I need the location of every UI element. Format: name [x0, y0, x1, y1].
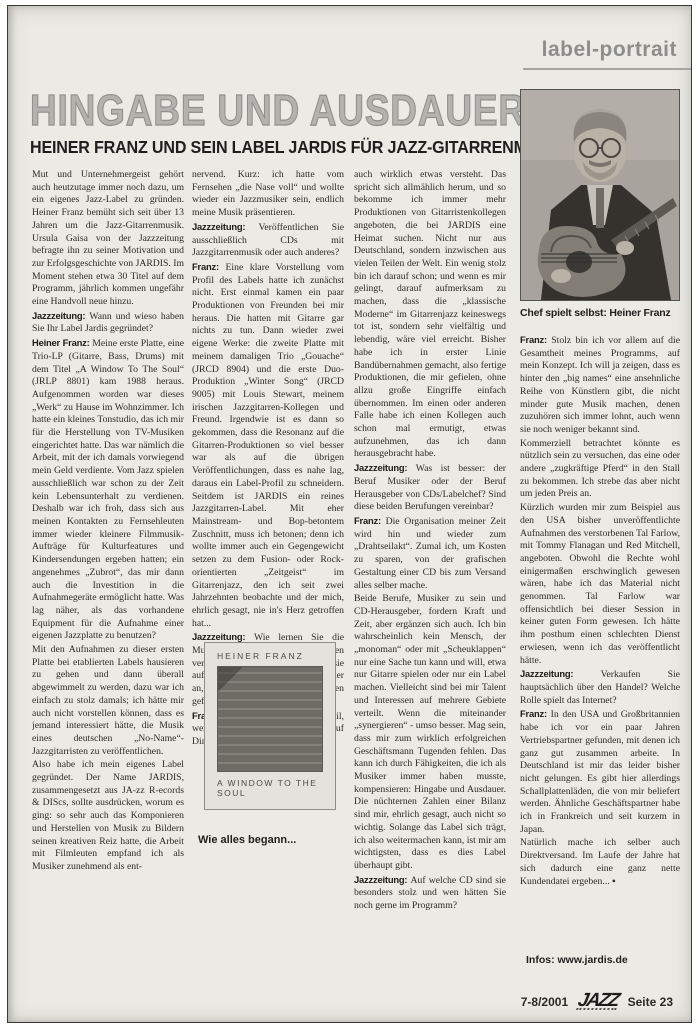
article-paragraph: Mit den Aufnahmen zu dieser ersten Platt… [32, 644, 184, 758]
speaker-label: Heiner Franz: [32, 337, 92, 348]
article-paragraph: Natürlich mache ich selber auch Direktve… [520, 837, 680, 888]
article-paragraph: Heiner Franz: Meine erste Platte, eine T… [32, 337, 184, 643]
speaker-label: Franz: [354, 515, 386, 526]
infos-line: Infos: www.jardis.de [526, 954, 628, 966]
article-paragraph: Jazzzeitung: Auf welche CD sind sie beso… [354, 874, 506, 913]
scanned-magazine-page: label-portrait HINGABE UND AUSDAUER HEIN… [0, 0, 698, 1029]
footer-issue: 7-8/2001 [521, 995, 568, 1009]
article-paragraph: Franz: Eine klare Vorstellung vom Profil… [192, 261, 344, 630]
speaker-label: Jazzzeitung: [354, 874, 410, 885]
speaker-label: Franz: [192, 261, 226, 272]
album-artist: HEINER FRANZ [205, 651, 335, 661]
page-background: label-portrait HINGABE UND AUSDAUER HEIN… [7, 5, 692, 1023]
album-art-image [217, 666, 323, 772]
section-label: label-portrait [542, 38, 677, 62]
speaker-label: Jazzzeitung: [192, 631, 254, 642]
article-paragraph: Also habe ich mein eigenes Label gegründ… [32, 759, 184, 873]
article-column-3: auch wirklich etwas versteht. Das sprich… [354, 169, 506, 1011]
speaker-label: Jazzzeitung: [354, 462, 416, 473]
album-cover: HEINER FRANZ A WINDOW TO THE SOUL [204, 642, 336, 810]
article-paragraph: Jazzzeitung: Wann und wieso haben Sie Ih… [32, 310, 184, 336]
article-column-4: Franz: Stolz bin ich vor allem auf die G… [520, 334, 680, 946]
footer-page-number: Seite 23 [628, 995, 673, 1009]
article-paragraph: Franz: Stolz bin ich vor allem auf die G… [520, 334, 680, 437]
speaker-label: Franz: [520, 708, 551, 719]
section-rule [523, 68, 691, 70]
article-column-1: Mut und Unternehmergeist gehört auch heu… [32, 169, 184, 1011]
article-paragraph: Mut und Unternehmergeist gehört auch heu… [32, 169, 184, 309]
article-paragraph: auch wirklich etwas versteht. Das sprich… [354, 169, 506, 461]
page-footer: 7-8/2001 JAZZ Seite 23 [521, 993, 673, 1010]
speaker-label: Jazzzeitung: [192, 221, 258, 232]
article-paragraph: Jazzzeitung: Was ist besser: der Beruf M… [354, 462, 506, 514]
speaker-label: Franz: [520, 334, 551, 345]
article-paragraph: Kommerziell betrachtet könnte es nützlic… [520, 438, 680, 502]
article-paragraph: Jazzzeitung: Veröffentlichen Sie ausschl… [192, 221, 344, 260]
speaker-label: Jazzzeitung: [32, 310, 89, 321]
album-caption: Wie alles begann... [198, 834, 348, 846]
article-paragraph: nervend. Kurz: ich hatte vom Fernsehen „… [192, 169, 344, 220]
article-paragraph: Franz: Die Organisation meiner Zeit wird… [354, 515, 506, 592]
article-paragraph: Beide Berufe, Musiker zu sein und CD-Her… [354, 593, 506, 872]
portrait-photo [520, 89, 680, 301]
portrait-photo-illustration [521, 90, 679, 300]
article-paragraph: Kürzlich wurden mir zum Beispiel aus den… [520, 502, 680, 667]
photo-caption: Chef spielt selbst: Heiner Franz [520, 307, 684, 319]
article-subhead: HEINER FRANZ UND SEIN LABEL JARDIS FÜR J… [30, 137, 508, 158]
speaker-label: Jazzzeitung: [520, 668, 601, 679]
article-headline: HINGABE UND AUSDAUER [30, 86, 425, 136]
article-paragraph: Jazzzeitung: Verkaufen Sie hauptsächlich… [520, 668, 680, 707]
jazzzeitung-logo: JAZZ [576, 993, 619, 1010]
article-paragraph: Franz: In den USA und Großbritannien hab… [520, 708, 680, 836]
album-title: A WINDOW TO THE SOUL [205, 778, 335, 798]
